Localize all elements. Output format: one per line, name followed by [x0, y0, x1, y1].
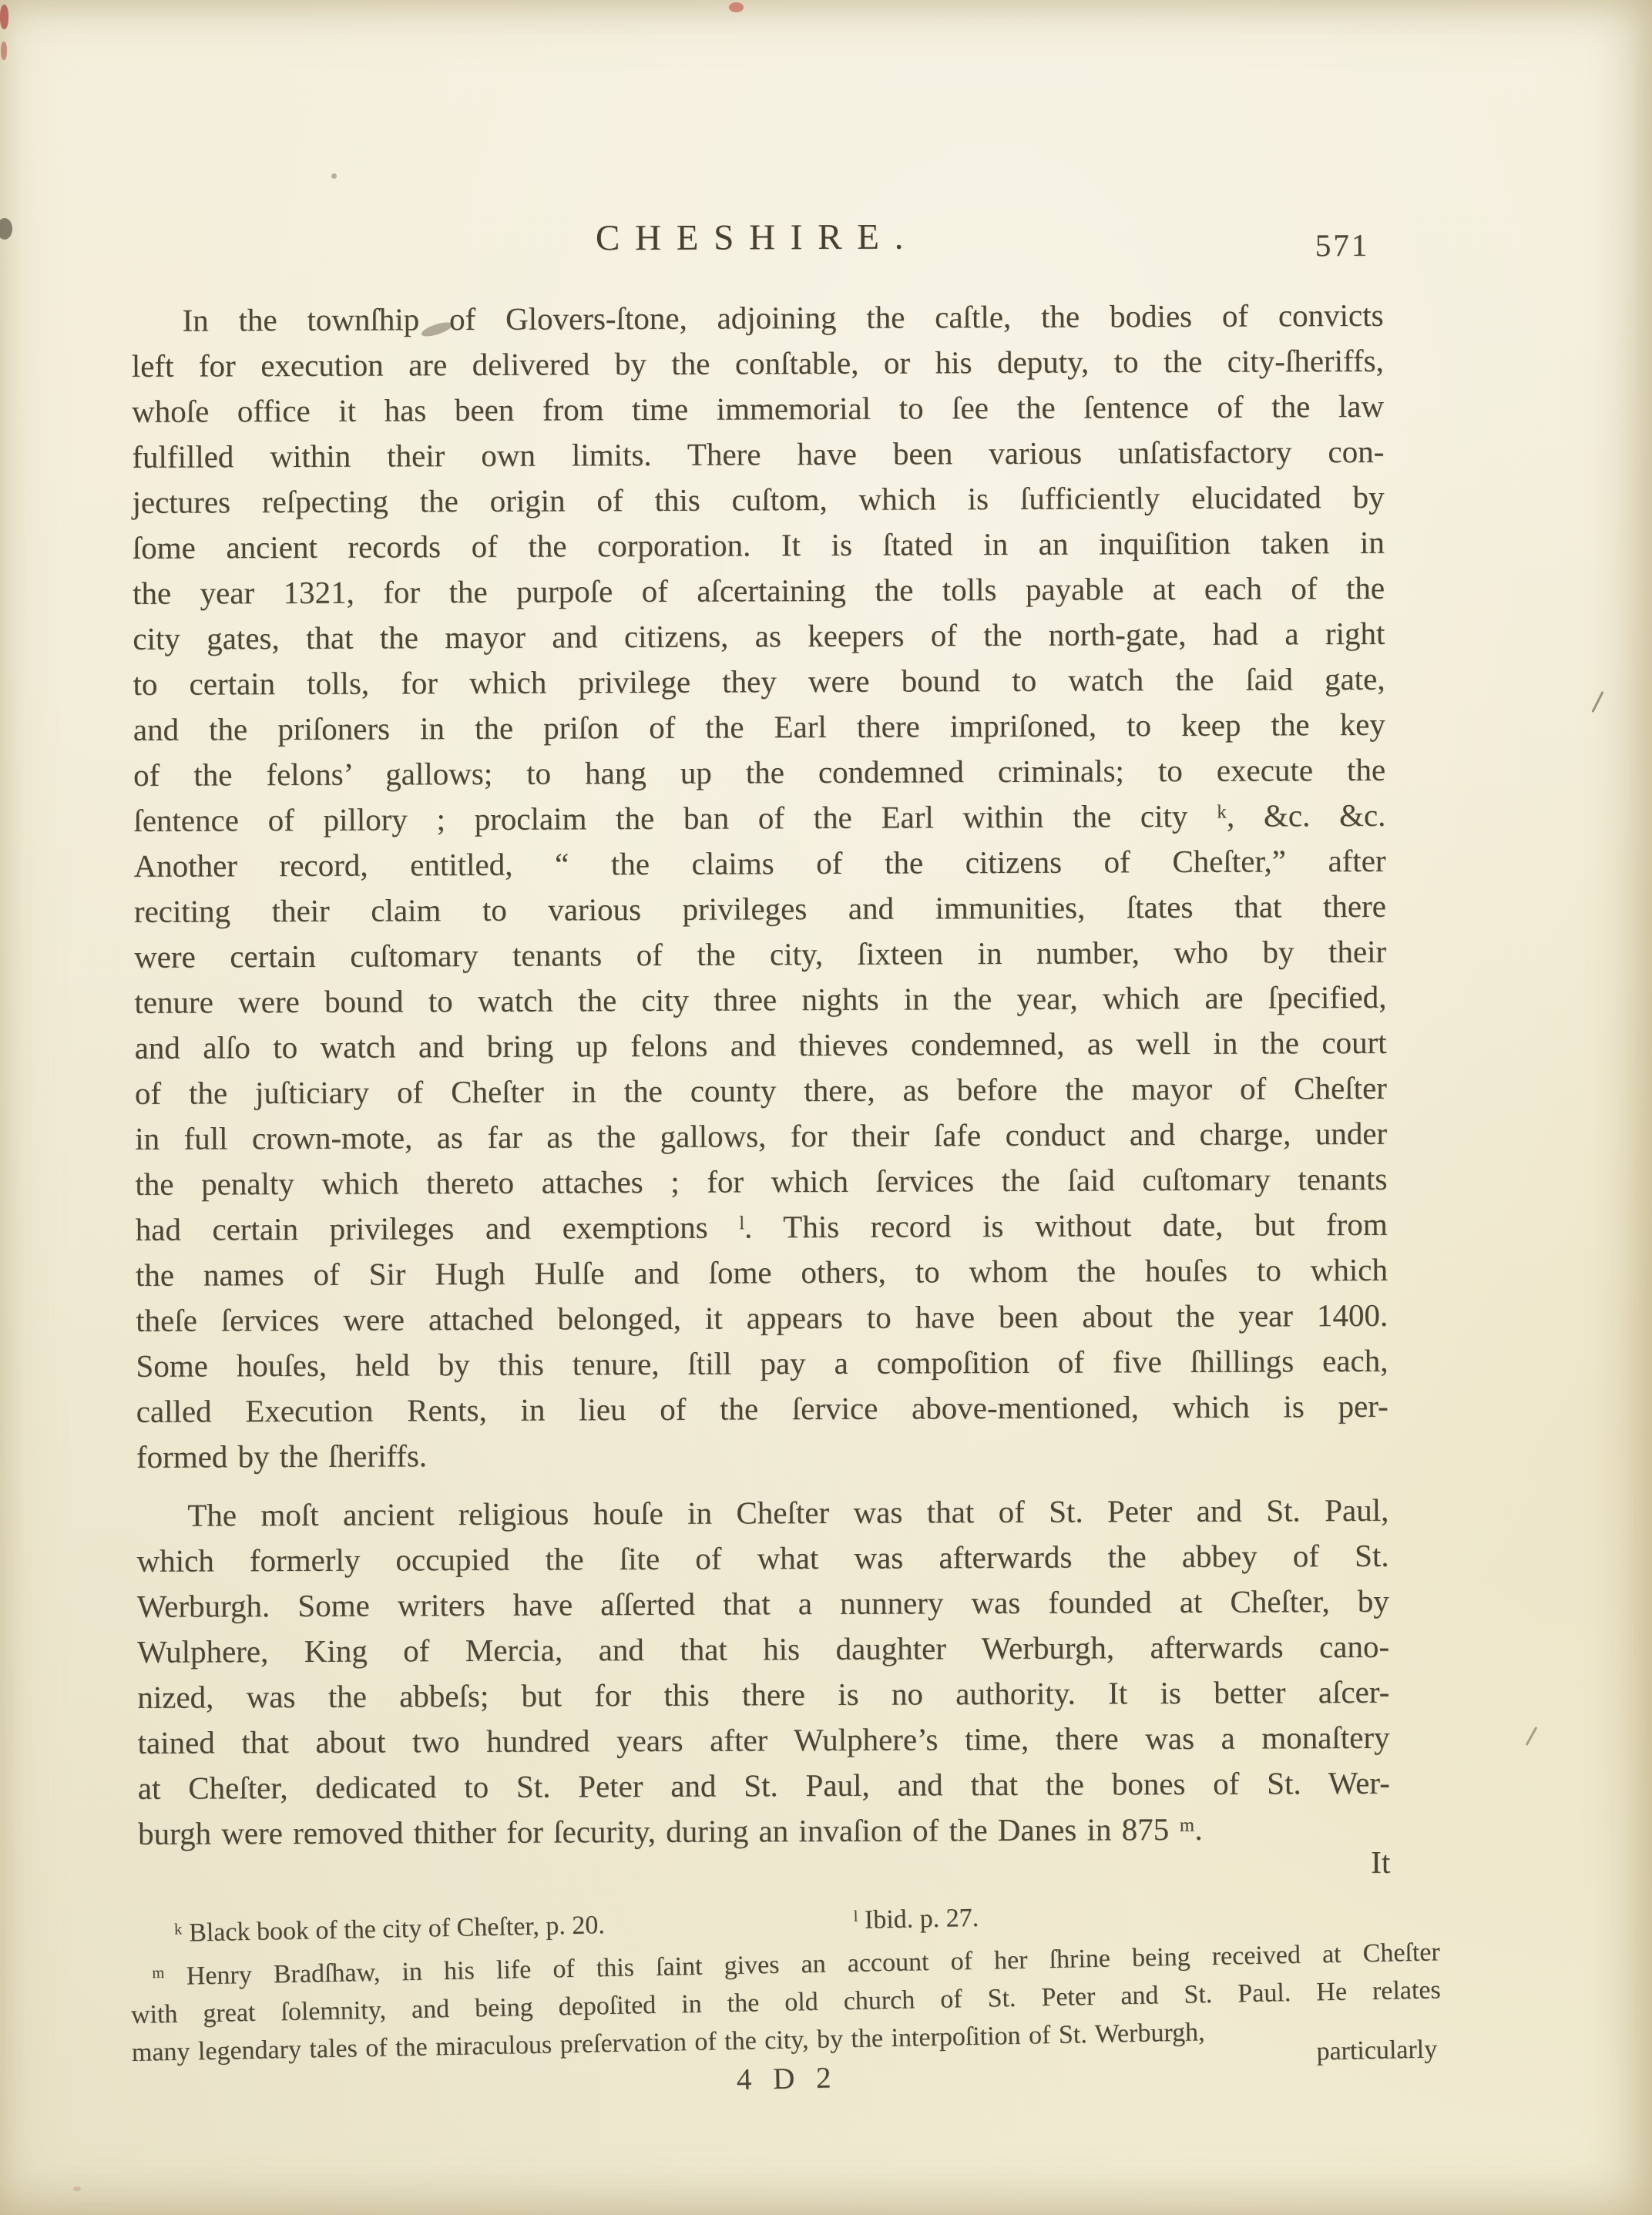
catchword: particularly	[1316, 2035, 1437, 2066]
text-line: of the felons’ gallows; to hang up the c…	[133, 747, 1385, 798]
text-line: to certain tolls, for which privilege th…	[133, 656, 1385, 707]
text-line: had certain privileges and exemptions ˡ.…	[136, 1202, 1388, 1253]
text-line: left for execution are delivered by the …	[132, 338, 1384, 389]
text-line: the penalty which thereto attaches ; for…	[135, 1156, 1387, 1207]
text-line: which formerly occupied the ſite of what…	[136, 1533, 1388, 1584]
catchword: It	[138, 1844, 1390, 1886]
scanned-book-page: CHESHIRE. 571 In the townſhip of Glovers…	[0, 0, 1652, 2215]
text-line: city gates, that the mayor and citizens,…	[133, 611, 1385, 662]
text-line: In the townſhip of Glovers-ſtone, adjoin…	[131, 293, 1383, 344]
text-line: ſentence of pillory ; proclaim the ban o…	[133, 793, 1385, 844]
text-line: whoſe office it has been from time immem…	[132, 384, 1384, 435]
text-line: called Execution Rents, in lieu of the ſ…	[136, 1384, 1388, 1435]
footnote-l: ˡ Ibid. p. 27.	[853, 1899, 979, 1940]
paragraph-religious-houses: The moſt ancient religious houſe in Cheſ…	[136, 1488, 1390, 1857]
text-line: were certain cuſtomary tenants of the ci…	[134, 929, 1386, 980]
text-line: of the juſticiary of Cheſter in the coun…	[135, 1066, 1387, 1116]
text-line: and the priſoners in the priſon of the E…	[133, 702, 1385, 753]
text-line: tenure were bound to watch the city thre…	[134, 975, 1386, 1025]
text-line: formed by the ſheriffs.	[136, 1429, 1388, 1480]
text-line: fulfilled within their own limits. There…	[132, 429, 1384, 480]
text-line: theſe ſervices were attached belonged, i…	[136, 1293, 1388, 1344]
text-line: tained that about two hundred years afte…	[137, 1715, 1389, 1766]
text-line: Werburgh. Some writers have aſſerted tha…	[137, 1579, 1389, 1629]
text-line: and alſo to watch and bring up felons an…	[135, 1020, 1387, 1071]
text-line: Another record, entitled, “ the claims o…	[133, 838, 1385, 889]
text-line: the year 1321, for the purpoſe of aſcert…	[133, 565, 1385, 616]
text-line: nized, was the abbeſs; but for this ther…	[137, 1670, 1389, 1720]
footnotes-section: ᵏ Black book of the city of Cheſter, p. …	[129, 1890, 1444, 2177]
footnote-k: ᵏ Black book of the city of Cheſter, p. …	[174, 1911, 606, 1948]
text-line: the names of Sir Hugh Hulſe and ſome oth…	[136, 1247, 1388, 1298]
text-line: at Cheſter, dedicated to St. Peter and S…	[138, 1760, 1390, 1811]
paragraph-execution-rents: In the townſhip of Glovers-ſtone, adjoin…	[131, 293, 1388, 1480]
text-line: Wulphere, King of Mercia, and that his d…	[137, 1624, 1389, 1675]
text-line: in full crown-mote, as far as the gallow…	[135, 1111, 1387, 1162]
text-line: reciting their claim to various privileg…	[134, 884, 1386, 935]
text-line: jectures reſpecting the origin of this c…	[132, 475, 1384, 525]
text-line: The moſt ancient religious houſe in Cheſ…	[136, 1488, 1388, 1539]
page-content: CHESHIRE. 571 In the townſhip of Glovers…	[0, 0, 1652, 2215]
text-line: ſome ancient records of the corporation.…	[133, 520, 1385, 571]
page-number: 571	[1300, 227, 1385, 263]
running-header-title: CHESHIRE.	[131, 214, 1383, 261]
text-line: Some houſes, held by this tenure, ſtill …	[136, 1338, 1388, 1389]
